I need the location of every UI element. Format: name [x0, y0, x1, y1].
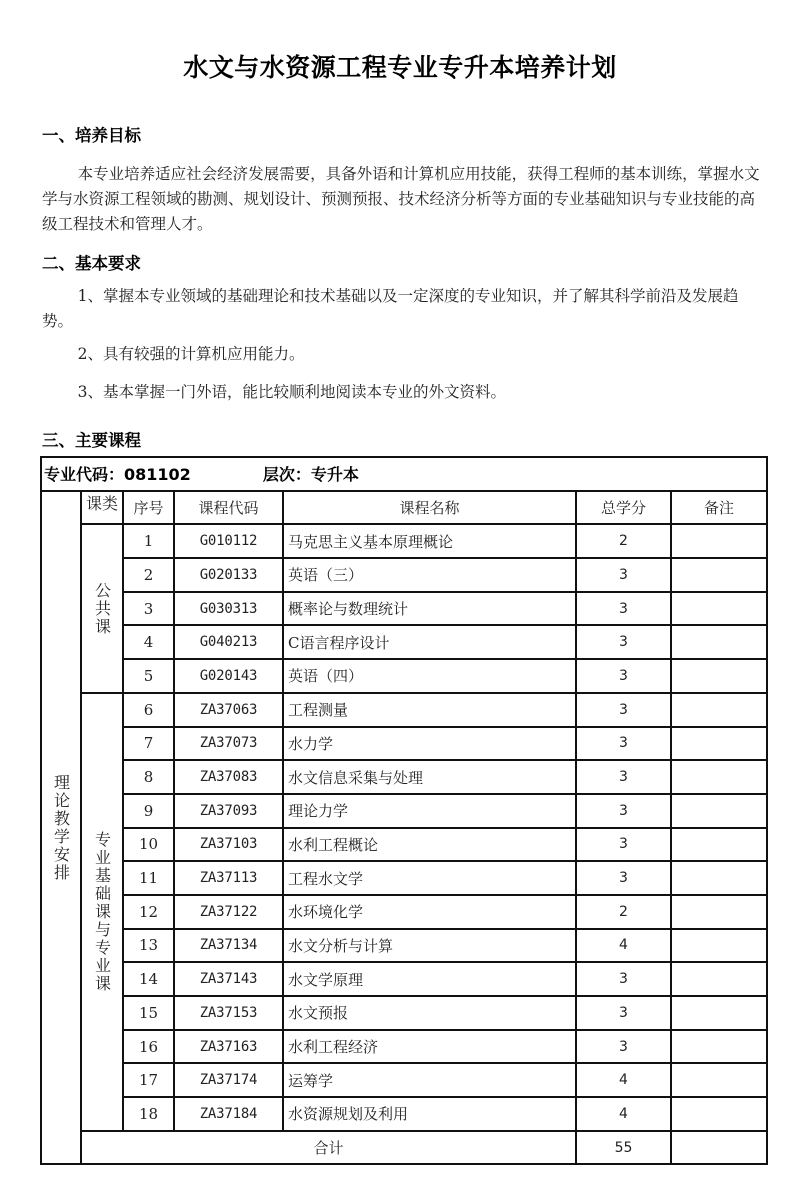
table-row: 16 ZA37163 水利工程经济 3 — [41, 1030, 767, 1064]
row-notes — [671, 592, 767, 626]
table-row: 9 ZA37093 理论力学 3 — [41, 794, 767, 828]
row-seq: 4 — [123, 625, 174, 659]
row-credits: 3 — [576, 693, 671, 727]
row-seq: 14 — [123, 962, 174, 996]
section-heading-requirements: 二、基本要求 — [42, 250, 141, 274]
table-row: 8 ZA37083 水文信息采集与处理 3 — [41, 760, 767, 794]
row-credits: 3 — [576, 861, 671, 895]
row-credits: 3 — [576, 592, 671, 626]
row-code: ZA37143 — [174, 962, 283, 996]
row-credits: 3 — [576, 659, 671, 693]
row-credits: 3 — [576, 794, 671, 828]
row-credits: 3 — [576, 625, 671, 659]
row-name: 水力学 — [283, 727, 576, 761]
header-category: 课类 — [81, 491, 123, 525]
group-major-cell: 专业基础课与专业课 — [81, 693, 123, 1131]
row-credits: 3 — [576, 1030, 671, 1064]
table-row: 5 G020143 英语（四） 3 — [41, 659, 767, 693]
header-name: 课程名称 — [283, 491, 576, 525]
header-seq: 序号 — [123, 491, 174, 525]
header-code: 课程代码 — [174, 491, 283, 525]
table-row: 18 ZA37184 水资源规划及利用 4 — [41, 1097, 767, 1131]
row-notes — [671, 794, 767, 828]
row-credits: 2 — [576, 524, 671, 558]
row-credits: 3 — [576, 760, 671, 794]
row-code: ZA37093 — [174, 794, 283, 828]
row-code: ZA37122 — [174, 895, 283, 929]
table-row: 公共课 1 G010112 马克思主义基本原理概论 2 — [41, 524, 767, 558]
row-code: ZA37083 — [174, 760, 283, 794]
row-name: 水环境化学 — [283, 895, 576, 929]
header-notes: 备注 — [671, 491, 767, 525]
row-notes — [671, 524, 767, 558]
row-code: ZA37163 — [174, 1030, 283, 1064]
row-notes — [671, 895, 767, 929]
row-notes — [671, 929, 767, 963]
row-seq: 13 — [123, 929, 174, 963]
row-name: 水文预报 — [283, 996, 576, 1030]
row-code: ZA37174 — [174, 1063, 283, 1097]
row-seq: 6 — [123, 693, 174, 727]
row-notes — [671, 828, 767, 862]
row-name: 工程水文学 — [283, 861, 576, 895]
table-meta-row: 专业代码：081102层次：专升本 — [41, 457, 767, 491]
row-name: 马克思主义基本原理概论 — [283, 524, 576, 558]
row-credits: 2 — [576, 895, 671, 929]
table-row: 12 ZA37122 水环境化学 2 — [41, 895, 767, 929]
row-seq: 15 — [123, 996, 174, 1030]
row-notes — [671, 693, 767, 727]
row-notes — [671, 861, 767, 895]
row-seq: 9 — [123, 794, 174, 828]
row-credits: 4 — [576, 1097, 671, 1131]
row-code: G040213 — [174, 625, 283, 659]
row-name: C语言程序设计 — [283, 625, 576, 659]
table-row: 17 ZA37174 运筹学 4 — [41, 1063, 767, 1097]
row-seq: 17 — [123, 1063, 174, 1097]
row-name: 英语（四） — [283, 659, 576, 693]
row-seq: 1 — [123, 524, 174, 558]
row-notes — [671, 659, 767, 693]
row-credits: 4 — [576, 929, 671, 963]
table-row: 3 G030313 概率论与数理统计 3 — [41, 592, 767, 626]
row-name: 水文信息采集与处理 — [283, 760, 576, 794]
group-public-cell: 公共课 — [81, 524, 123, 692]
row-notes — [671, 1030, 767, 1064]
row-seq: 5 — [123, 659, 174, 693]
table-row: 11 ZA37113 工程水文学 3 — [41, 861, 767, 895]
header-credits: 总学分 — [576, 491, 671, 525]
section-heading-courses: 三、主要课程 — [42, 427, 141, 451]
outer-group-label: 理论教学安排 — [50, 774, 73, 882]
row-seq: 7 — [123, 727, 174, 761]
row-code: ZA37113 — [174, 861, 283, 895]
row-notes — [671, 996, 767, 1030]
total-credits: 55 — [576, 1131, 671, 1165]
row-name: 英语（三） — [283, 558, 576, 592]
row-credits: 3 — [576, 727, 671, 761]
table-row: 15 ZA37153 水文预报 3 — [41, 996, 767, 1030]
row-name: 水文分析与计算 — [283, 929, 576, 963]
table-total-row: 合计 55 — [41, 1131, 767, 1165]
group-label-major: 专业基础课与专业课 — [91, 831, 114, 993]
row-notes — [671, 1097, 767, 1131]
row-seq: 10 — [123, 828, 174, 862]
row-name: 工程测量 — [283, 693, 576, 727]
course-plan-table: 专业代码：081102层次：专升本 理论教学安排 课类 序号 课程代码 课程名称… — [40, 456, 768, 1165]
table-row: 7 ZA37073 水力学 3 — [41, 727, 767, 761]
row-seq: 16 — [123, 1030, 174, 1064]
study-level: 层次：专升本 — [263, 462, 359, 485]
row-code: ZA37134 — [174, 929, 283, 963]
total-label: 合计 — [81, 1131, 576, 1165]
row-credits: 3 — [576, 962, 671, 996]
row-name: 水利工程经济 — [283, 1030, 576, 1064]
row-seq: 3 — [123, 592, 174, 626]
row-code: ZA37184 — [174, 1097, 283, 1131]
row-seq: 11 — [123, 861, 174, 895]
group-label-public: 公共课 — [91, 582, 114, 636]
table-row: 14 ZA37143 水文学原理 3 — [41, 962, 767, 996]
row-credits: 4 — [576, 1063, 671, 1097]
row-credits: 3 — [576, 828, 671, 862]
row-name: 运筹学 — [283, 1063, 576, 1097]
row-name: 理论力学 — [283, 794, 576, 828]
row-code: G020143 — [174, 659, 283, 693]
requirement-item-3: 3、基本掌握一门外语，能比较顺利地阅读本专业的外文资料。 — [42, 380, 764, 405]
row-code: ZA37153 — [174, 996, 283, 1030]
row-credits: 3 — [576, 558, 671, 592]
row-code: G020133 — [174, 558, 283, 592]
row-name: 水资源规划及利用 — [283, 1097, 576, 1131]
row-code: G010112 — [174, 524, 283, 558]
major-code: 专业代码：081102 — [44, 465, 191, 484]
row-code: ZA37063 — [174, 693, 283, 727]
row-notes — [671, 760, 767, 794]
outer-group-cell: 理论教学安排 — [41, 491, 81, 1165]
row-seq: 2 — [123, 558, 174, 592]
meta-cell: 专业代码：081102层次：专升本 — [41, 457, 767, 491]
table-row: 13 ZA37134 水文分析与计算 4 — [41, 929, 767, 963]
row-notes — [671, 727, 767, 761]
row-notes — [671, 625, 767, 659]
row-notes — [671, 1063, 767, 1097]
row-name: 水文学原理 — [283, 962, 576, 996]
row-notes — [671, 962, 767, 996]
row-credits: 3 — [576, 996, 671, 1030]
table-row: 10 ZA37103 水利工程概论 3 — [41, 828, 767, 862]
document-title: 水文与水资源工程专业专升本培养计划 — [0, 48, 800, 84]
row-seq: 8 — [123, 760, 174, 794]
total-notes — [671, 1131, 767, 1165]
row-notes — [671, 558, 767, 592]
row-name: 水利工程概论 — [283, 828, 576, 862]
requirement-item-2: 2、具有较强的计算机应用能力。 — [42, 342, 764, 367]
goal-paragraph: 本专业培养适应社会经济发展需要，具备外语和计算机应用技能，获得工程师的基本训练，… — [42, 162, 764, 237]
row-name: 概率论与数理统计 — [283, 592, 576, 626]
section-heading-goal: 一、培养目标 — [42, 122, 141, 146]
row-seq: 18 — [123, 1097, 174, 1131]
row-code: ZA37073 — [174, 727, 283, 761]
requirement-item-1: 1、掌握本专业领域的基础理论和技术基础以及一定深度的专业知识，并了解其科学前沿及… — [42, 284, 764, 334]
table-row: 4 G040213 C语言程序设计 3 — [41, 625, 767, 659]
table-row: 专业基础课与专业课 6 ZA37063 工程测量 3 — [41, 693, 767, 727]
table-row: 2 G020133 英语（三） 3 — [41, 558, 767, 592]
table-header-row: 理论教学安排 课类 序号 课程代码 课程名称 总学分 备注 — [41, 491, 767, 525]
row-code: G030313 — [174, 592, 283, 626]
row-seq: 12 — [123, 895, 174, 929]
row-code: ZA37103 — [174, 828, 283, 862]
